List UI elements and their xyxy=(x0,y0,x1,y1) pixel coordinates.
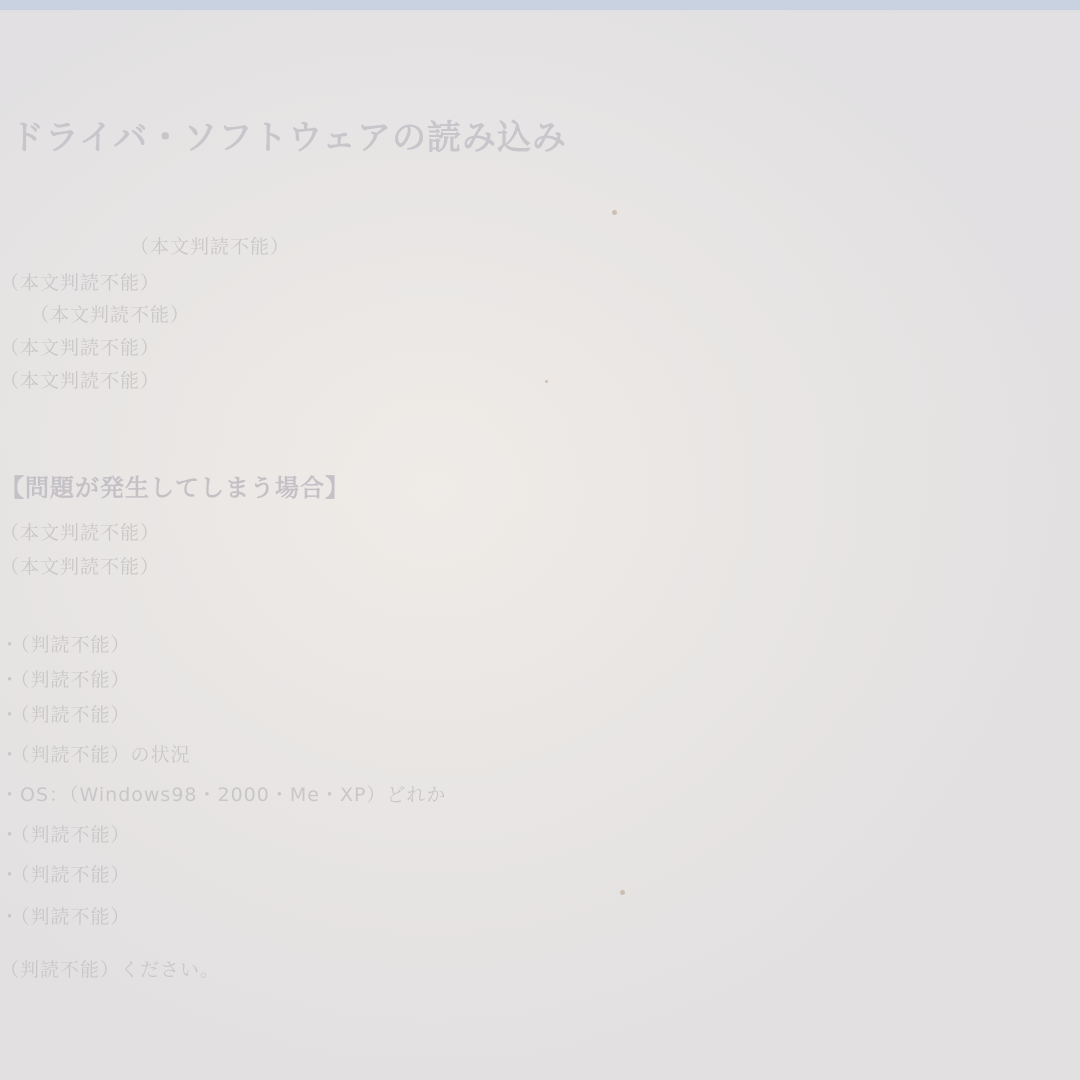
list-item: ・OS：（Windows98・2000・Me・XP）どれか xyxy=(0,780,446,807)
intro-line: （本文判読不能） xyxy=(0,268,160,295)
intro-line: （本文判読不能） xyxy=(30,300,190,327)
paper-sheet: ドライバ・ソフトウェアの読み込み （本文判読不能） （本文判読不能） （本文判読… xyxy=(0,10,1080,1080)
list-item: ・（判読不能） xyxy=(0,700,131,727)
intro-line: （本文判読不能） xyxy=(130,232,290,259)
paper-speck xyxy=(620,890,625,895)
paper-speck xyxy=(612,210,617,215)
list-item: ・（判読不能） xyxy=(0,665,131,692)
list-item: ・（判読不能） xyxy=(0,860,131,887)
section-line: （本文判読不能） xyxy=(0,552,160,579)
intro-line: （本文判読不能） xyxy=(0,366,160,393)
list-item: ・（判読不能） xyxy=(0,902,131,929)
section-heading: 【問題が発生してしまう場合】 xyxy=(0,468,350,503)
page-title: ドライバ・ソフトウェアの読み込み xyxy=(10,110,567,159)
list-item: ・（判読不能）の状況 xyxy=(0,740,191,767)
closing-line: （判読不能）ください。 xyxy=(0,955,220,982)
list-item: ・（判読不能） xyxy=(0,820,131,847)
intro-line: （本文判読不能） xyxy=(0,333,160,360)
list-item: ・（判読不能） xyxy=(0,630,131,657)
paper-speck xyxy=(545,380,548,383)
section-line: （本文判読不能） xyxy=(0,518,160,545)
